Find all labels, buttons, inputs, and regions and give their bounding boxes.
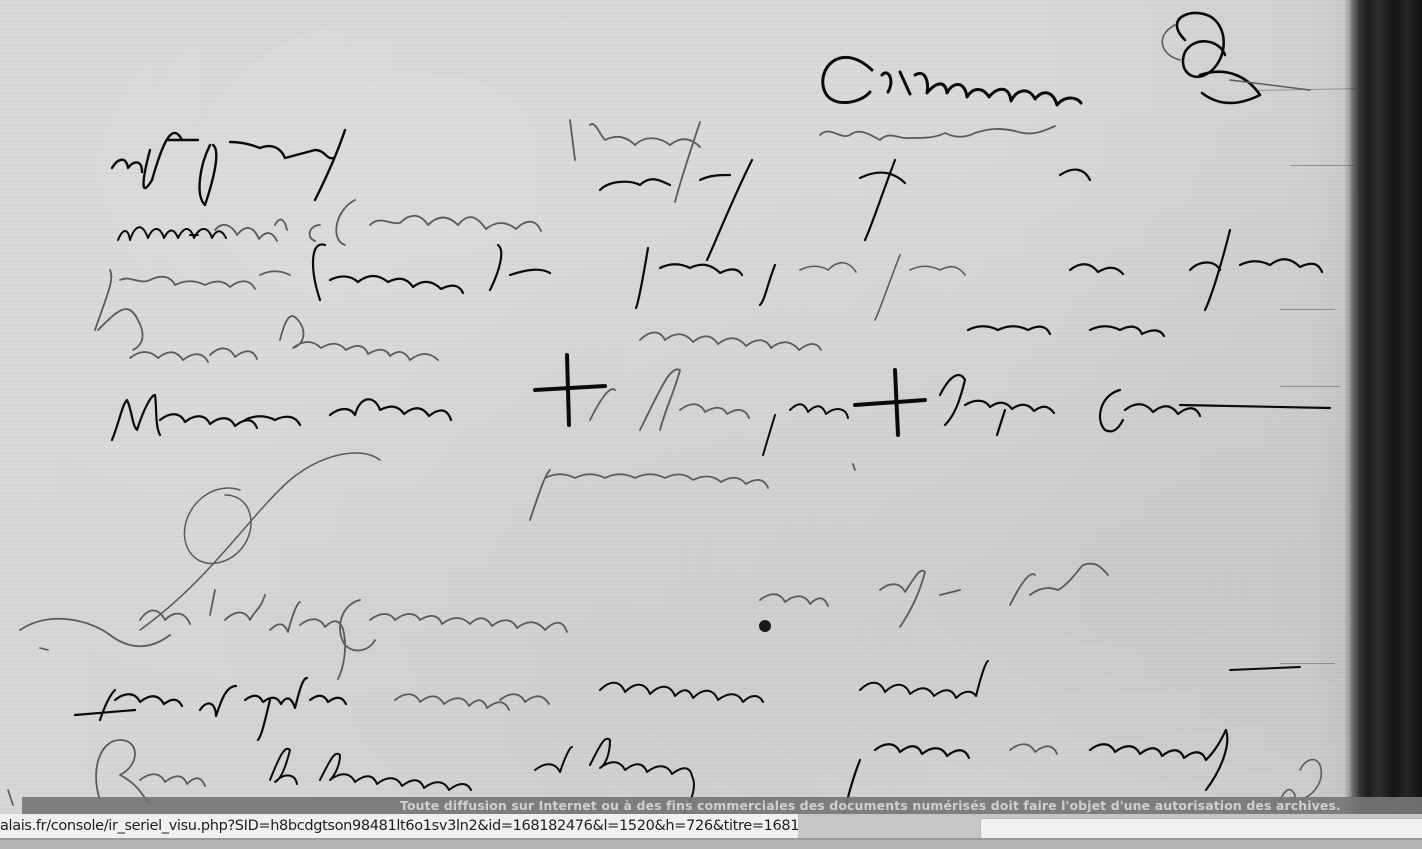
status-url-text: alais.fr/console/ir_seriel_visu.php?SID=… xyxy=(0,814,798,838)
status-bar-field xyxy=(980,818,1422,838)
window-bottom-border xyxy=(0,838,1422,849)
copyright-watermark-bar: Toute diffusion sur Internet ou à des fi… xyxy=(22,797,1422,814)
browser-status-bar: alais.fr/console/ir_seriel_visu.php?SID=… xyxy=(0,814,1422,838)
copyright-notice: Toute diffusion sur Internet ou à des fi… xyxy=(400,797,1341,814)
book-binding xyxy=(1350,0,1422,838)
handwriting-ink xyxy=(0,0,1422,838)
ink-blot xyxy=(759,620,771,632)
document-image-viewer[interactable]: Cinquieme xyxy=(0,0,1422,838)
